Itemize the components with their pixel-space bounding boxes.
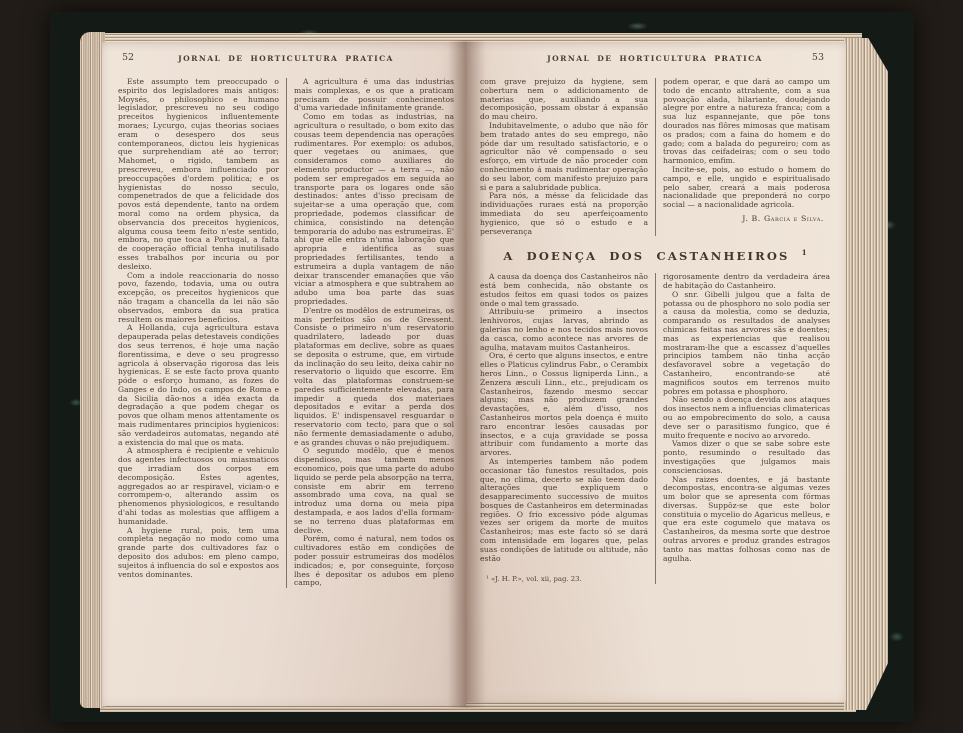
right-page-bottom-columns: A causa da doença dos Castanheiros não e… [480, 273, 830, 584]
right-top-column-2: podem operar, e que dará ao campo um tod… [655, 78, 830, 236]
left-column-2: A agricultura é uma das industrias mais … [286, 78, 454, 588]
paragraph: Não sendo a doença devida aos ataques do… [663, 396, 830, 440]
article-signature: J. B. Garcia e Silva. [663, 215, 830, 224]
right-bottom-column-1-text: A causa da doença dos Castanheiros não e… [480, 273, 648, 563]
paragraph: Para nós, a mésse da felicidade das indi… [480, 192, 648, 236]
paragraph: As intemperies tambem não podem occasion… [480, 458, 648, 564]
paragraph: Attribuiu-se primeiro a insectos lenhivo… [480, 308, 648, 352]
paragraph: com grave prejuizo da hygiene, sem cober… [480, 78, 648, 122]
left-page: 52 JORNAL DE HORTICULTURA PRATICA Este a… [102, 42, 466, 706]
paragraph: Vamos dizer o que se sabe sobre este pon… [663, 440, 830, 475]
left-running-head: 52 JORNAL DE HORTICULTURA PRATICA [118, 52, 454, 70]
right-bottom-column-1: A causa da doença dos Castanheiros não e… [480, 273, 655, 584]
paragraph: O segundo modêlo, que é menos dispendios… [294, 447, 454, 535]
right-page-number: 53 [812, 52, 824, 63]
section-heading-text: A DOENÇA DOS CASTANHEIROS [503, 249, 789, 263]
paragraph: rigorosamente dentro da verdadeira área … [663, 273, 830, 291]
right-running-head: JORNAL DE HORTICULTURA PRATICA 53 [480, 52, 830, 70]
paragraph: A atmosphera é recipiente e vehiculo dos… [118, 447, 279, 526]
paragraph: Porém, como é natural, nem todos os cult… [294, 535, 454, 588]
right-page: JORNAL DE HORTICULTURA PRATICA 53 com gr… [466, 42, 846, 702]
paragraph: Como em todas as industrias, na agricult… [294, 113, 454, 307]
paragraph: D'entre os modêlos de estrumeiras, os ma… [294, 307, 454, 448]
paragraph: A causa da doença dos Castanheiros não e… [480, 273, 648, 308]
paragraph: O snr. Gibelli julgou que a falta de pot… [663, 291, 830, 397]
right-running-title: JORNAL DE HORTICULTURA PRATICA [480, 54, 830, 63]
paragraph: A hygiene rural, pois, tem uma completa … [118, 527, 279, 580]
right-top-column-1: com grave prejuizo da hygiene, sem cober… [480, 78, 655, 236]
right-bottom-column-2: rigorosamente dentro da verdadeira área … [655, 273, 830, 584]
paragraph: Nas raizes doentes, e já bastante decomp… [663, 476, 830, 564]
section-heading: A DOENÇA DOS CASTANHEIROS 1 [480, 248, 830, 263]
paragraph: Indubitavelmente, o adubo que não fôr be… [480, 122, 648, 192]
book-photo-scene: 52 JORNAL DE HORTICULTURA PRATICA Este a… [0, 0, 963, 733]
paragraph: Com a indole reaccionaria do nosso povo,… [118, 272, 279, 325]
paragraph: Ora, é certo que alguns insectos, e entr… [480, 352, 648, 458]
page-stack-edge-right [844, 38, 888, 710]
left-running-title: JORNAL DE HORTICULTURA PRATICA [118, 54, 454, 63]
left-page-columns: Este assumpto tem preoccupado o espirito… [118, 78, 454, 588]
paragraph: Incite-se, pois, ao estudo o homem do ca… [663, 166, 830, 210]
right-top-column-2-text: podem operar, e que dará ao campo um tod… [663, 78, 830, 210]
paragraph: Este assumpto tem preoccupado o espirito… [118, 78, 279, 272]
left-column-1: Este assumpto tem preoccupado o espirito… [118, 78, 286, 588]
paragraph: podem operar, e que dará ao campo um tod… [663, 78, 830, 166]
paragraph: A Hollanda, cuja agricultura estava depa… [118, 324, 279, 447]
section-heading-footnote-marker: 1 [802, 248, 807, 257]
paragraph: A agricultura é uma das industrias mais … [294, 78, 454, 113]
right-page-top-columns: com grave prejuizo da hygiene, sem cober… [480, 78, 830, 236]
footnote: ¹ «J. H. P.», vol. xii, pag. 23. [480, 575, 648, 584]
